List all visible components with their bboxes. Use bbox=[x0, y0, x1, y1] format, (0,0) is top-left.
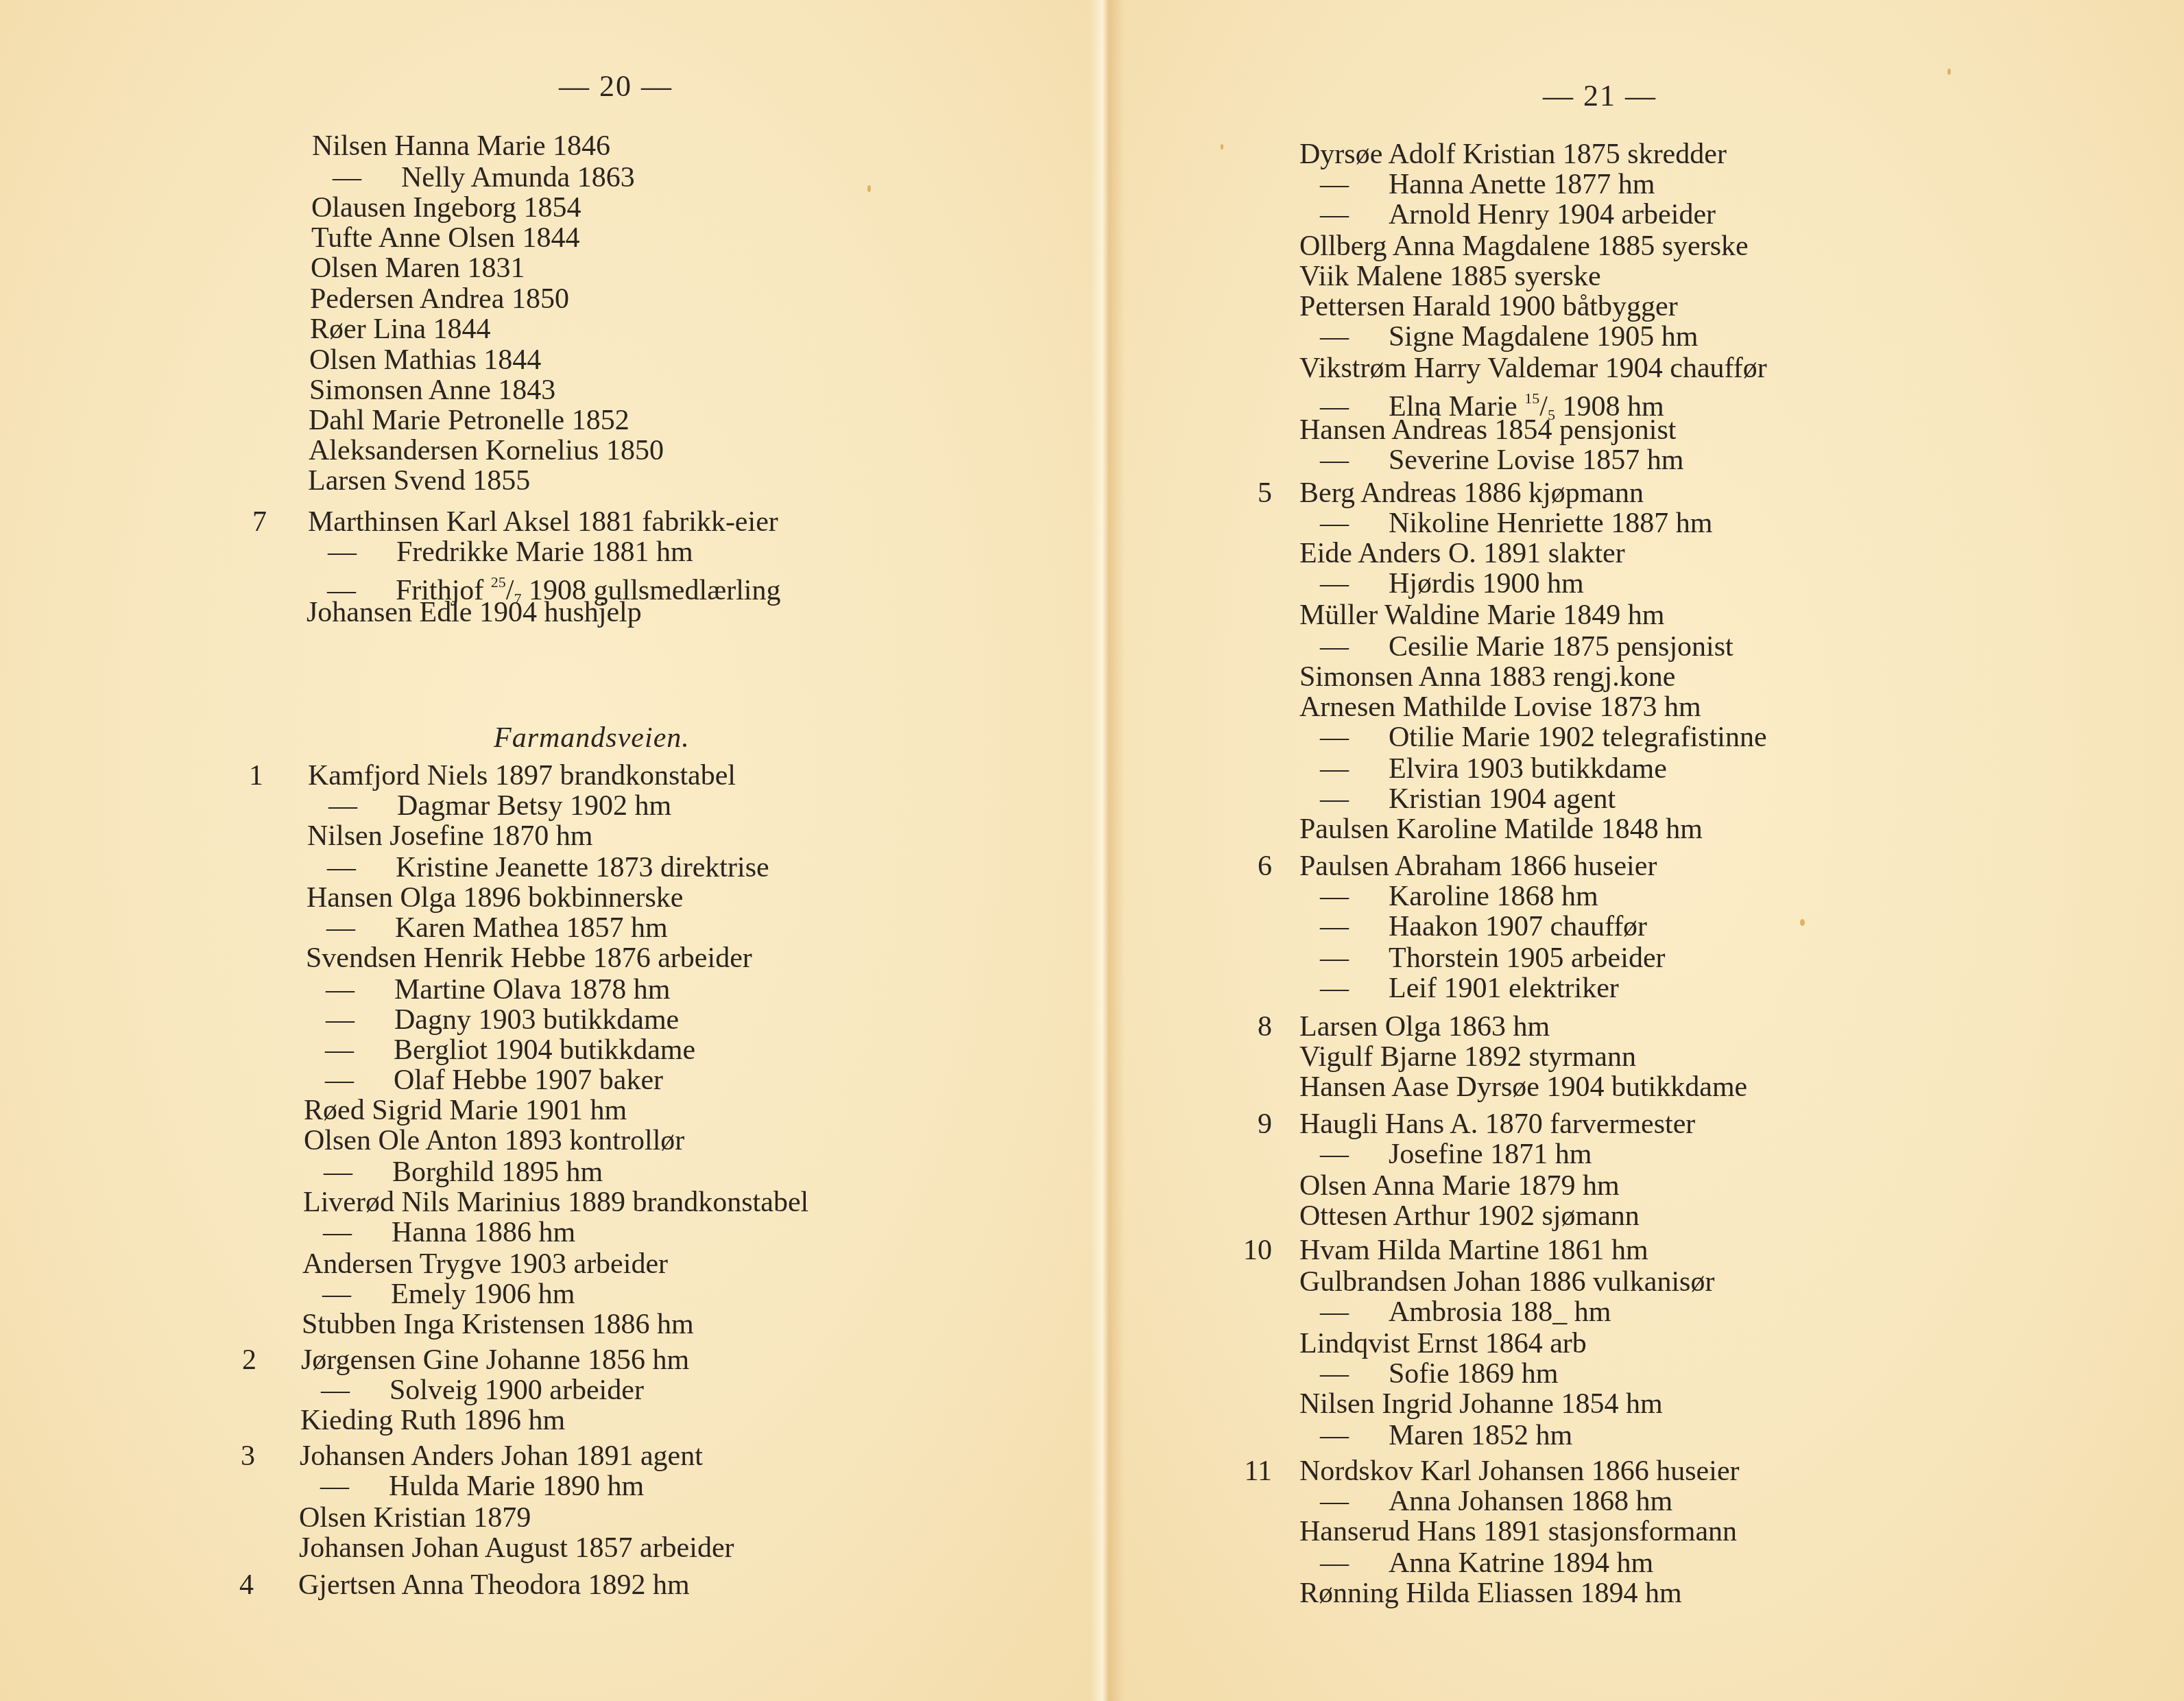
page-number-left: — 20 — bbox=[559, 69, 673, 104]
house-number: 7 bbox=[226, 506, 267, 538]
ditto-dash: — bbox=[1299, 911, 1389, 942]
resident-entry: Vigulf Bjarne 1892 styrmann bbox=[1299, 1041, 1636, 1073]
ditto-dash: — bbox=[1299, 942, 1389, 974]
entry-text: Hanserud Hans 1891 stasjonsformann bbox=[1299, 1516, 1737, 1547]
entry-text: Hansen Aase Dyrsøe 1904 butikkdame bbox=[1299, 1071, 1747, 1103]
entry-text: Rønning Hilda Eliassen 1894 hm bbox=[1299, 1578, 1682, 1609]
entry-text: Olsen Ole Anton 1893 kontrollør bbox=[304, 1125, 684, 1156]
entry-text: Svendsen Henrik Hebbe 1876 arbeider bbox=[306, 942, 752, 974]
resident-entry: Johansen Edle 1904 hushjelp bbox=[307, 597, 642, 628]
house-number: 6 bbox=[1231, 850, 1272, 882]
entry-text: Stubben Inga Kristensen 1886 hm bbox=[302, 1309, 694, 1340]
entry-text: Thorstein 1905 arbeider bbox=[1389, 942, 1666, 974]
resident-entry: Müller Waldine Marie 1849 hm bbox=[1299, 599, 1664, 631]
entry-text: Jørgensen Gine Johanne 1856 hm bbox=[301, 1344, 689, 1376]
entry-text: Kristian 1904 agent bbox=[1389, 783, 1616, 815]
ditto-dash: — bbox=[307, 536, 396, 568]
entry-text: Olsen Mathias 1844 bbox=[309, 344, 541, 376]
resident-entry: Nilsen Josefine 1870 hm bbox=[307, 820, 592, 852]
entry-text: Cesilie Marie 1875 pensjonist bbox=[1389, 631, 1733, 663]
resident-entry: Ottesen Arthur 1902 sjømann bbox=[1299, 1200, 1640, 1232]
resident-entry: Hansen Andreas 1854 pensjonist bbox=[1299, 414, 1676, 446]
household-member-entry: —Nikoline Henriette 1887 hm bbox=[1299, 508, 1712, 539]
entry-text: Olausen Ingeborg 1854 bbox=[311, 192, 581, 224]
entry-text: Lindqvist Ernst 1864 arb bbox=[1299, 1328, 1587, 1359]
resident-entry: Rønning Hilda Eliassen 1894 hm bbox=[1299, 1578, 1682, 1609]
resident-entry: Nilsen Hanna Marie 1846 bbox=[312, 130, 610, 162]
entry-text: Hansen Andreas 1854 pensjonist bbox=[1299, 414, 1676, 446]
entry-text: Dyrsøe Adolf Kristian 1875 skredder bbox=[1299, 139, 1727, 170]
resident-entry: Gjertsen Anna Theodora 1892 hm bbox=[298, 1569, 690, 1601]
entry-text: Ollberg Anna Magdalene 1885 syerske bbox=[1299, 230, 1749, 262]
ditto-dash: — bbox=[1299, 1547, 1389, 1579]
entry-text: Kristine Jeanette 1873 direktrise bbox=[396, 852, 769, 883]
entry-text: Olsen Anna Marie 1879 hm bbox=[1299, 1170, 1620, 1202]
entry-text: Nilsen Ingrid Johanne 1854 hm bbox=[1299, 1388, 1663, 1420]
entry-text: Eide Anders O. 1891 slakter bbox=[1299, 538, 1625, 569]
ditto-dash: — bbox=[1299, 199, 1389, 230]
ditto-dash: — bbox=[300, 1471, 389, 1502]
entry-text: Berg Andreas 1886 kjøpmann bbox=[1299, 477, 1644, 509]
ditto-dash: — bbox=[1299, 1358, 1389, 1390]
resident-entry: Hansen Aase Dyrsøe 1904 butikkdame bbox=[1299, 1071, 1747, 1103]
entry-text: Aleksandersen Kornelius 1850 bbox=[309, 435, 664, 466]
paper-speck bbox=[1947, 69, 1951, 75]
household-member-entry: —Emely 1906 hm bbox=[302, 1278, 575, 1310]
entry-text: Leif 1901 elektriker bbox=[1389, 973, 1619, 1004]
ditto-dash: — bbox=[306, 912, 395, 944]
household-member-entry: —Martine Olava 1878 hm bbox=[305, 974, 670, 1006]
resident-entry: Arnesen Mathilde Lovise 1873 hm bbox=[1299, 691, 1701, 723]
entry-text: Dahl Marie Petronelle 1852 bbox=[309, 405, 629, 436]
entry-text: Dagny 1903 butikkdame bbox=[394, 1004, 679, 1036]
paper-speck bbox=[1800, 919, 1805, 926]
entry-text: Nikoline Henriette 1887 hm bbox=[1389, 508, 1712, 539]
entry-text: Viik Malene 1885 syerske bbox=[1299, 261, 1601, 292]
entry-text: Larsen Svend 1855 bbox=[308, 465, 530, 497]
entry-text: Hvam Hilda Martine 1861 hm bbox=[1299, 1235, 1648, 1266]
entry-text: Severine Lovise 1857 hm bbox=[1389, 444, 1683, 476]
entry-text: Pedersen Andrea 1850 bbox=[310, 283, 569, 315]
entry-text: Arnesen Mathilde Lovise 1873 hm bbox=[1299, 691, 1701, 723]
entry-text: Nilsen Hanna Marie 1846 bbox=[312, 130, 610, 162]
resident-entry: Kieding Ruth 1896 hm bbox=[300, 1405, 565, 1436]
entry-text: Martine Olava 1878 hm bbox=[394, 974, 670, 1006]
resident-entry: Olsen Kristian 1879 bbox=[299, 1502, 531, 1534]
resident-entry: Røer Lina 1844 bbox=[310, 313, 491, 345]
entry-text: Tufte Anne Olsen 1844 bbox=[311, 222, 580, 254]
ditto-dash: — bbox=[305, 974, 394, 1006]
resident-entry: Nilsen Ingrid Johanne 1854 hm bbox=[1299, 1388, 1663, 1420]
entry-text: Elvira 1903 butikkdame bbox=[1389, 753, 1667, 785]
household-member-entry: —Olaf Hebbe 1907 baker bbox=[304, 1064, 663, 1096]
ditto-dash: — bbox=[304, 1034, 394, 1066]
entry-text: Solveig 1900 arbeider bbox=[389, 1375, 644, 1406]
entry-text: Olsen Maren 1831 bbox=[311, 252, 525, 284]
entry-text: Hulda Marie 1890 hm bbox=[389, 1471, 644, 1502]
entry-text: Hanna 1886 hm bbox=[392, 1217, 575, 1248]
resident-entry: Olsen Ole Anton 1893 kontrollør bbox=[304, 1125, 684, 1156]
book-gutter bbox=[1090, 0, 1125, 1701]
resident-entry: Eide Anders O. 1891 slakter bbox=[1299, 538, 1625, 569]
entry-text: Haugli Hans A. 1870 farvermester bbox=[1299, 1108, 1695, 1140]
entry-text: Vigulf Bjarne 1892 styrmann bbox=[1299, 1041, 1636, 1073]
ditto-dash: — bbox=[1299, 444, 1389, 476]
resident-entry: Dyrsøe Adolf Kristian 1875 skredder bbox=[1299, 139, 1727, 170]
household-member-entry: —Nelly Amunda 1863 bbox=[312, 162, 635, 193]
entry-text: Karen Mathea 1857 hm bbox=[395, 912, 668, 944]
resident-entry: Vikstrøm Harry Valdemar 1904 chauffør bbox=[1299, 353, 1767, 384]
entry-text: Nelly Amunda 1863 bbox=[401, 162, 635, 193]
household-member-entry: —Arnold Henry 1904 arbeider bbox=[1299, 199, 1716, 230]
household-member-entry: —Thorstein 1905 arbeider bbox=[1299, 942, 1666, 974]
resident-entry: Olsen Mathias 1844 bbox=[309, 344, 541, 376]
entry-text: Nordskov Karl Johansen 1866 huseier bbox=[1299, 1455, 1740, 1487]
entry-text: Gjertsen Anna Theodora 1892 hm bbox=[298, 1569, 690, 1601]
entry-text: Johansen Anders Johan 1891 agent bbox=[300, 1440, 703, 1472]
ditto-dash: — bbox=[312, 162, 401, 193]
ditto-dash: — bbox=[1299, 508, 1389, 539]
resident-entry: Haugli Hans A. 1870 farvermester bbox=[1299, 1108, 1695, 1140]
resident-entry: Johansen Anders Johan 1891 agent bbox=[300, 1440, 703, 1472]
resident-entry: Svendsen Henrik Hebbe 1876 arbeider bbox=[306, 942, 752, 974]
resident-entry: Aleksandersen Kornelius 1850 bbox=[309, 435, 664, 466]
household-member-entry: —Severine Lovise 1857 hm bbox=[1299, 444, 1683, 476]
entry-text: Anna Katrine 1894 hm bbox=[1389, 1547, 1653, 1579]
resident-entry: Viik Malene 1885 syerske bbox=[1299, 261, 1601, 292]
street-heading: Farmandsveien. bbox=[494, 722, 690, 754]
household-member-entry: —Maren 1852 hm bbox=[1299, 1420, 1572, 1451]
ditto-dash: — bbox=[300, 1375, 389, 1406]
resident-entry: Paulsen Karoline Matilde 1848 hm bbox=[1299, 813, 1703, 845]
ditto-dash: — bbox=[1299, 631, 1389, 663]
entry-text: Josefine 1871 hm bbox=[1389, 1139, 1592, 1170]
entry-text: Anna Johansen 1868 hm bbox=[1389, 1486, 1672, 1517]
resident-entry: Marthinsen Karl Aksel 1881 fabrikk-eier bbox=[308, 506, 778, 538]
house-number: 2 bbox=[215, 1344, 256, 1376]
entry-text: Johansen Edle 1904 hushjelp bbox=[307, 597, 642, 628]
ditto-dash: — bbox=[304, 1064, 394, 1096]
resident-entry: Simonsen Anna 1883 rengj.kone bbox=[1299, 661, 1675, 693]
entry-text: Liverød Nils Marinius 1889 brandkonstabe… bbox=[303, 1187, 808, 1218]
entry-text: Karoline 1868 hm bbox=[1389, 881, 1598, 912]
ditto-dash: — bbox=[1299, 169, 1389, 200]
entry-text: Hanna Anette 1877 hm bbox=[1389, 169, 1655, 200]
household-member-entry: —Elvira 1903 butikkdame bbox=[1299, 753, 1667, 785]
house-number: 8 bbox=[1231, 1011, 1272, 1043]
household-member-entry: —Ambrosia 188_ hm bbox=[1299, 1296, 1611, 1328]
entry-text: Ambrosia 188_ hm bbox=[1389, 1296, 1611, 1328]
resident-entry: Hansen Olga 1896 bokbinnerske bbox=[307, 882, 683, 914]
resident-entry: Ollberg Anna Magdalene 1885 syerske bbox=[1299, 230, 1749, 262]
household-member-entry: —Josefine 1871 hm bbox=[1299, 1139, 1592, 1170]
resident-entry: Larsen Svend 1855 bbox=[308, 465, 530, 497]
entry-text: Hansen Olga 1896 bokbinnerske bbox=[307, 882, 683, 914]
household-member-entry: —Borghild 1895 hm bbox=[303, 1156, 603, 1188]
entry-text: Haakon 1907 chauffør bbox=[1389, 911, 1647, 942]
entry-text: Fredrikke Marie 1881 hm bbox=[396, 536, 693, 568]
household-member-entry: —Dagmar Betsy 1902 hm bbox=[308, 790, 671, 822]
entry-text: Andersen Trygve 1903 arbeider bbox=[302, 1248, 668, 1280]
resident-entry: Pedersen Andrea 1850 bbox=[310, 283, 569, 315]
household-member-entry: —Anna Johansen 1868 hm bbox=[1299, 1486, 1672, 1517]
resident-entry: Hvam Hilda Martine 1861 hm bbox=[1299, 1235, 1648, 1266]
household-member-entry: —Kristian 1904 agent bbox=[1299, 783, 1616, 815]
entry-text: Marthinsen Karl Aksel 1881 fabrikk-eier bbox=[308, 506, 778, 538]
entry-text: Olaf Hebbe 1907 baker bbox=[394, 1064, 663, 1096]
house-number: 9 bbox=[1231, 1108, 1272, 1140]
resident-entry: Lindqvist Ernst 1864 arb bbox=[1299, 1328, 1587, 1359]
entry-text: Hjørdis 1900 hm bbox=[1389, 568, 1584, 599]
resident-entry: Olsen Maren 1831 bbox=[311, 252, 525, 284]
resident-entry: Nordskov Karl Johansen 1866 huseier bbox=[1299, 1455, 1740, 1487]
ditto-dash: — bbox=[1299, 783, 1389, 815]
resident-entry: Paulsen Abraham 1866 huseier bbox=[1299, 850, 1657, 882]
ditto-dash: — bbox=[1299, 1296, 1389, 1328]
entry-text: Bergliot 1904 butikkdame bbox=[394, 1034, 695, 1066]
entry-text: Emely 1906 hm bbox=[391, 1278, 575, 1310]
household-member-entry: —Solveig 1900 arbeider bbox=[300, 1375, 644, 1406]
house-number: 5 bbox=[1231, 477, 1272, 509]
paper-speck bbox=[867, 185, 871, 192]
paper-speck bbox=[1221, 144, 1223, 150]
house-number: 4 bbox=[213, 1569, 254, 1601]
page-number-right: — 21 — bbox=[1543, 78, 1657, 113]
ditto-dash: — bbox=[1299, 568, 1389, 599]
resident-entry: Olausen Ingeborg 1854 bbox=[311, 192, 581, 224]
entry-text: Kieding Ruth 1896 hm bbox=[300, 1405, 565, 1436]
ditto-dash: — bbox=[1299, 881, 1389, 912]
ditto-dash: — bbox=[1299, 1139, 1389, 1170]
entry-text: Maren 1852 hm bbox=[1389, 1420, 1572, 1451]
household-member-entry: —Hulda Marie 1890 hm bbox=[300, 1471, 644, 1502]
resident-entry: Hanserud Hans 1891 stasjonsformann bbox=[1299, 1516, 1737, 1547]
house-number: 1 bbox=[222, 760, 263, 792]
entry-text: Olsen Kristian 1879 bbox=[299, 1502, 531, 1534]
household-member-entry: —Kristine Jeanette 1873 direktrise bbox=[307, 852, 769, 883]
ditto-dash: — bbox=[1299, 753, 1389, 785]
entry-text: Kamfjord Niels 1897 brandkonstabel bbox=[308, 760, 736, 792]
entry-text: Müller Waldine Marie 1849 hm bbox=[1299, 599, 1664, 631]
household-member-entry: —Haakon 1907 chauffør bbox=[1299, 911, 1647, 942]
household-member-entry: —Hanna 1886 hm bbox=[302, 1217, 575, 1248]
entry-text: Simonsen Anne 1843 bbox=[309, 374, 555, 406]
ditto-dash: — bbox=[302, 1217, 392, 1248]
household-member-entry: —Karoline 1868 hm bbox=[1299, 881, 1598, 912]
resident-entry: Stubben Inga Kristensen 1886 hm bbox=[302, 1309, 694, 1340]
entry-text: Borghild 1895 hm bbox=[392, 1156, 603, 1188]
ditto-dash: — bbox=[1299, 722, 1389, 753]
ditto-dash: — bbox=[302, 1278, 391, 1310]
ditto-dash: — bbox=[1299, 1486, 1389, 1517]
house-number: 10 bbox=[1231, 1235, 1272, 1266]
entry-text: Gulbrandsen Johan 1886 vulkanisør bbox=[1299, 1266, 1714, 1298]
entry-text: Otilie Marie 1902 telegrafistinne bbox=[1389, 722, 1767, 753]
entry-text: Larsen Olga 1863 hm bbox=[1299, 1011, 1550, 1043]
ditto-dash: — bbox=[307, 852, 396, 883]
household-member-entry: —Otilie Marie 1902 telegrafistinne bbox=[1299, 722, 1767, 753]
resident-entry: Olsen Anna Marie 1879 hm bbox=[1299, 1170, 1620, 1202]
resident-entry: Liverød Nils Marinius 1889 brandkonstabe… bbox=[303, 1187, 808, 1218]
household-member-entry: —Karen Mathea 1857 hm bbox=[306, 912, 668, 944]
household-member-entry: —Sofie 1869 hm bbox=[1299, 1358, 1558, 1390]
house-number: 11 bbox=[1231, 1455, 1272, 1487]
household-member-entry: —Anna Katrine 1894 hm bbox=[1299, 1547, 1653, 1579]
entry-text: Simonsen Anna 1883 rengj.kone bbox=[1299, 661, 1675, 693]
resident-entry: Simonsen Anne 1843 bbox=[309, 374, 555, 406]
household-member-entry: —Bergliot 1904 butikkdame bbox=[304, 1034, 695, 1066]
household-member-entry: —Signe Magdalene 1905 hm bbox=[1299, 321, 1698, 353]
household-member-entry: —Leif 1901 elektriker bbox=[1299, 973, 1619, 1004]
household-member-entry: —Hanna Anette 1877 hm bbox=[1299, 169, 1655, 200]
entry-text: Dagmar Betsy 1902 hm bbox=[397, 790, 671, 822]
resident-entry: Berg Andreas 1886 kjøpmann bbox=[1299, 477, 1644, 509]
ditto-dash: — bbox=[308, 790, 397, 822]
ditto-dash: — bbox=[1299, 321, 1389, 353]
resident-entry: Andersen Trygve 1903 arbeider bbox=[302, 1248, 668, 1280]
ditto-dash: — bbox=[305, 1004, 394, 1036]
ditto-dash: — bbox=[303, 1156, 392, 1188]
household-member-entry: —Dagny 1903 butikkdame bbox=[305, 1004, 679, 1036]
entry-text: Paulsen Abraham 1866 huseier bbox=[1299, 850, 1657, 882]
entry-text: Røer Lina 1844 bbox=[310, 313, 491, 345]
resident-entry: Larsen Olga 1863 hm bbox=[1299, 1011, 1550, 1043]
household-member-entry: —Hjørdis 1900 hm bbox=[1299, 568, 1584, 599]
entry-text: Arnold Henry 1904 arbeider bbox=[1389, 199, 1716, 230]
resident-entry: Jørgensen Gine Johanne 1856 hm bbox=[301, 1344, 689, 1376]
entry-text: Paulsen Karoline Matilde 1848 hm bbox=[1299, 813, 1703, 845]
ditto-dash: — bbox=[1299, 1420, 1389, 1451]
entry-text: Røed Sigrid Marie 1901 hm bbox=[304, 1095, 627, 1126]
house-number: 3 bbox=[214, 1440, 255, 1472]
resident-entry: Gulbrandsen Johan 1886 vulkanisør bbox=[1299, 1266, 1714, 1298]
resident-entry: Tufte Anne Olsen 1844 bbox=[311, 222, 580, 254]
entry-text: Vikstrøm Harry Valdemar 1904 chauffør bbox=[1299, 353, 1767, 384]
entry-text: Sofie 1869 hm bbox=[1389, 1358, 1558, 1390]
resident-entry: Johansen Johan August 1857 arbeider bbox=[299, 1532, 734, 1564]
entry-text: Pettersen Harald 1900 båtbygger bbox=[1299, 291, 1678, 322]
entry-text: Nilsen Josefine 1870 hm bbox=[307, 820, 592, 852]
resident-entry: Pettersen Harald 1900 båtbygger bbox=[1299, 291, 1678, 322]
resident-entry: Dahl Marie Petronelle 1852 bbox=[309, 405, 629, 436]
resident-entry: Kamfjord Niels 1897 brandkonstabel bbox=[308, 760, 736, 792]
household-member-entry: —Fredrikke Marie 1881 hm bbox=[307, 536, 693, 568]
entry-text: Signe Magdalene 1905 hm bbox=[1389, 321, 1698, 353]
household-member-entry: —Cesilie Marie 1875 pensjonist bbox=[1299, 631, 1733, 663]
entry-text: Johansen Johan August 1857 arbeider bbox=[299, 1532, 734, 1564]
resident-entry: Røed Sigrid Marie 1901 hm bbox=[304, 1095, 627, 1126]
entry-text: Ottesen Arthur 1902 sjømann bbox=[1299, 1200, 1640, 1232]
ditto-dash: — bbox=[1299, 973, 1389, 1004]
